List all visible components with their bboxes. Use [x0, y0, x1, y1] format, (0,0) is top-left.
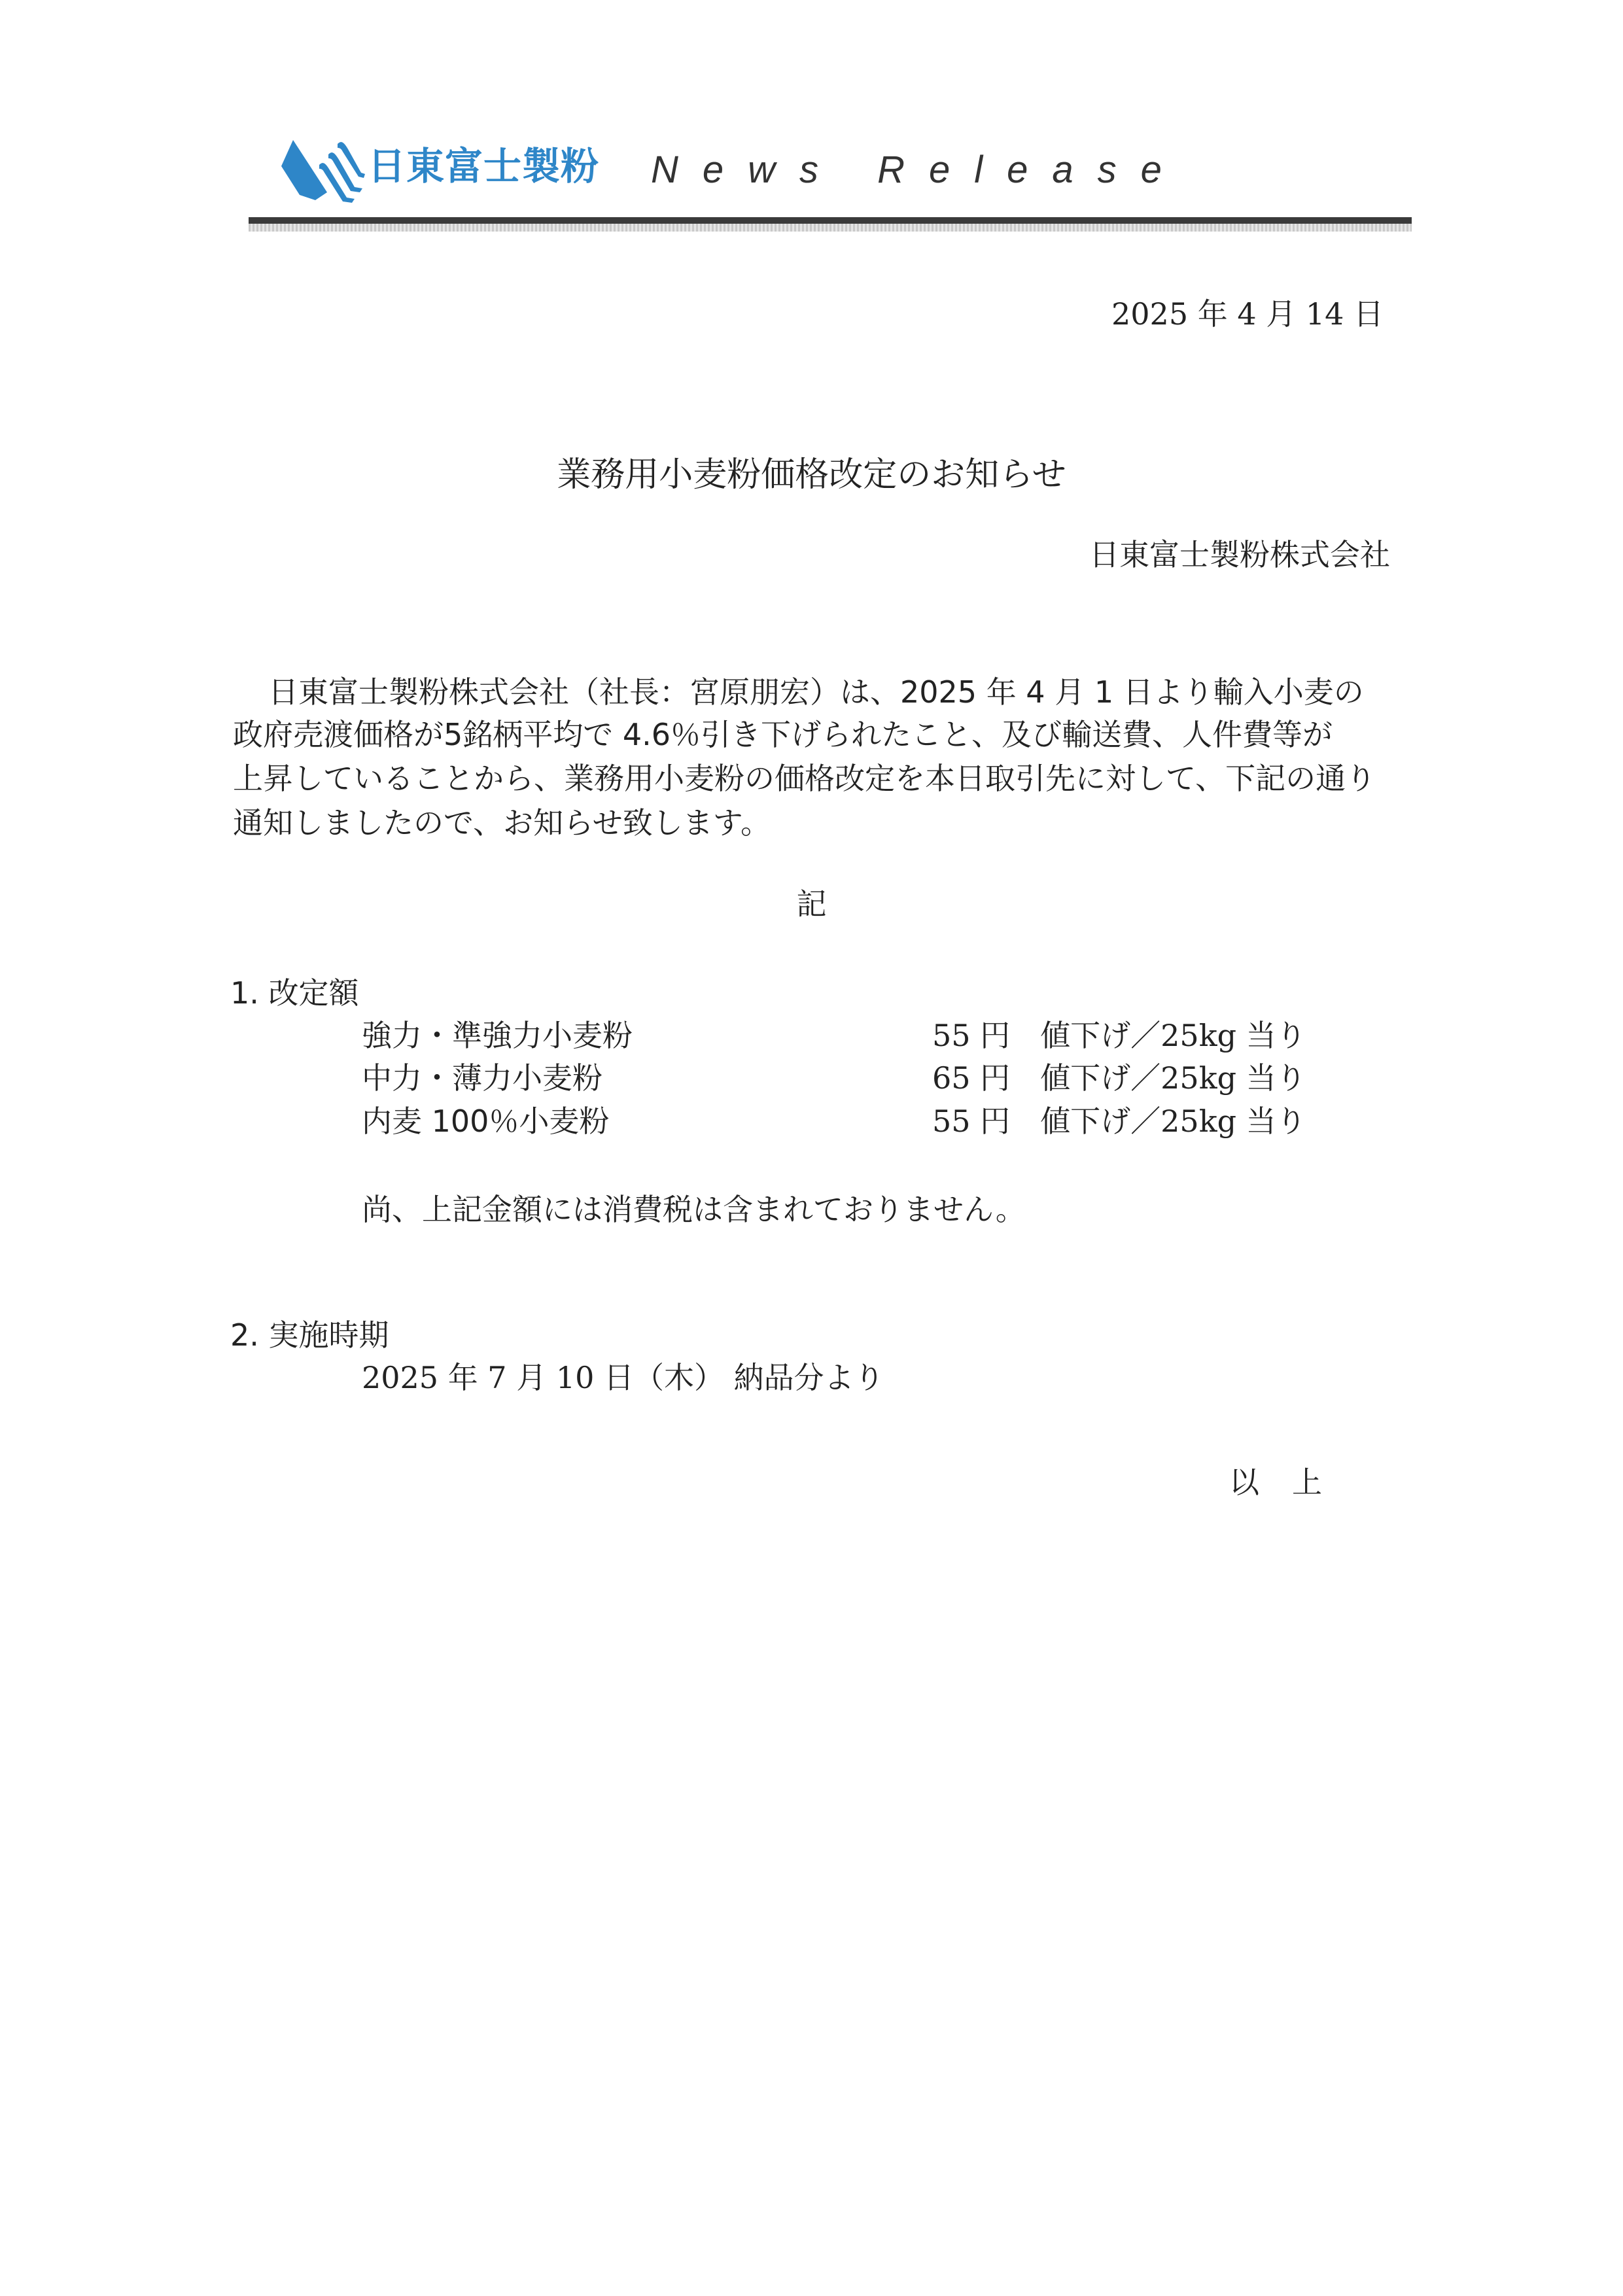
- closing-mark: 以上: [1229, 1463, 1355, 1502]
- body-line: 上昇していることから、業務用小麦粉の価格改定を本日取引先に対して、下記の通り: [233, 759, 1376, 798]
- tax-note: 尚、上記金額には消費税は含まれておりません。: [362, 1190, 1026, 1229]
- price-change: 55 円 値下げ／25kg 当り: [932, 1016, 1306, 1055]
- body-line: 日東富士製粉株式会社（社長：宮原朋宏）は、2025 年 4 月 1 日より輸入小…: [268, 672, 1364, 712]
- price-change: 65 円 値下げ／25kg 当り: [932, 1058, 1306, 1098]
- product-name: 強力・準強力小麦粉: [362, 1016, 633, 1055]
- effective-date: 2025 年 7 月 10 日（木） 納品分より: [362, 1358, 884, 1397]
- body-line: 政府売渡価格が5銘柄平均で 4.6％引き下げられたこと、及び輸送費、人件費等が: [233, 715, 1333, 754]
- section-1-label: 1. 改定額: [230, 973, 359, 1013]
- body-line: 通知しましたので、お知らせ致します。: [233, 803, 771, 843]
- header-divider: [249, 217, 1412, 224]
- ki-marker: 記: [0, 884, 1623, 924]
- price-change: 55 円 値下げ／25kg 当り: [932, 1102, 1306, 1141]
- company-logo-icon: [273, 135, 365, 203]
- header-divider-shadow: [249, 224, 1412, 232]
- product-name: 中力・薄力小麦粉: [362, 1058, 602, 1098]
- company-logo-text: 日東富士製粉: [368, 143, 599, 190]
- release-date: 2025 年 4 月 14 日: [1111, 294, 1384, 334]
- section-2-label: 2. 実施時期: [230, 1315, 389, 1355]
- product-name: 内麦 100％小麦粉: [362, 1102, 609, 1141]
- issuer-company: 日東富士製粉株式会社: [1089, 535, 1390, 574]
- document-title: 業務用小麦粉価格改定のお知らせ: [0, 453, 1623, 496]
- news-release-heading: News Release: [651, 149, 1186, 191]
